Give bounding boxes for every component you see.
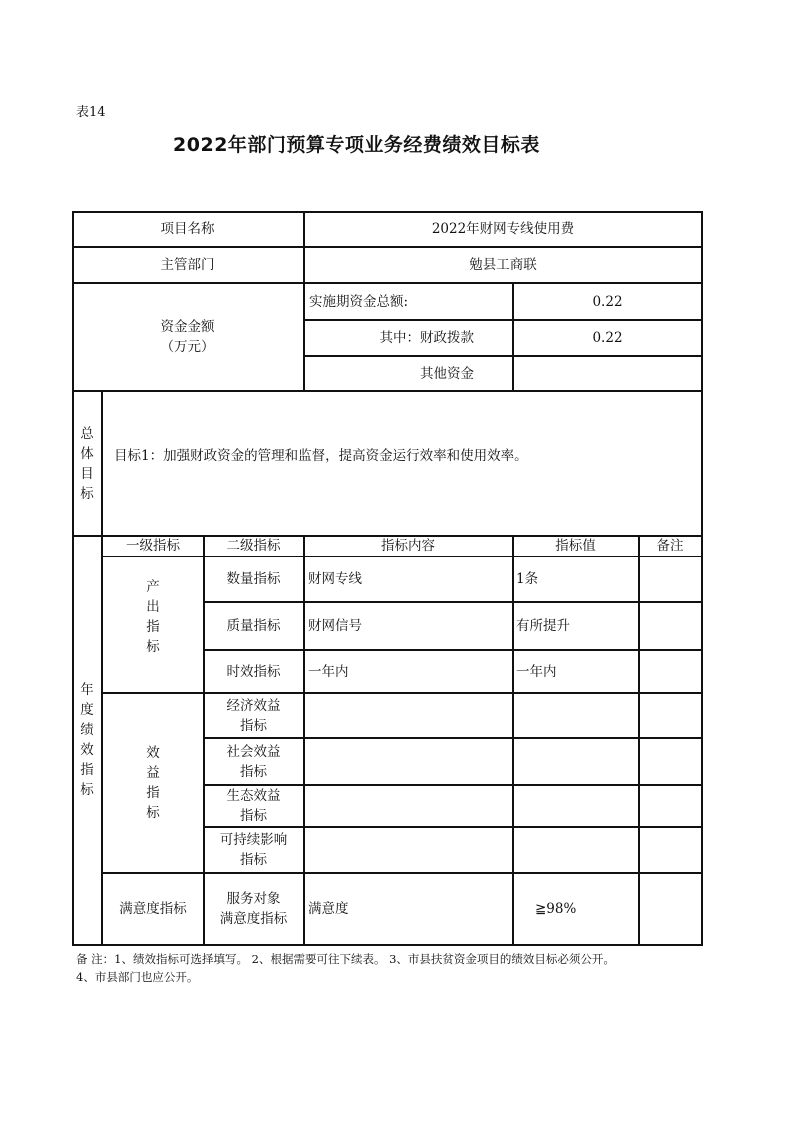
level2-social: 社会效益 指标 bbox=[204, 739, 303, 784]
overall-goal-label: 总 体 目 标 bbox=[72, 391, 102, 536]
value-satisfaction: ≧98% bbox=[513, 874, 638, 944]
level2-quality: 质量指标 bbox=[204, 603, 303, 649]
department-value: 勉县工商联 bbox=[303, 247, 703, 283]
level2-sustainable: 可持续影响 指标 bbox=[204, 828, 303, 872]
level2-ecological: 生态效益 指标 bbox=[204, 786, 303, 826]
value-timeliness: 一年内 bbox=[513, 651, 638, 692]
header-level2: 二级指标 bbox=[204, 536, 303, 556]
divider bbox=[638, 536, 640, 946]
footnotes: 备 注：1、绩效指标可选择填写。 2、根据需要可往下续表。 3、市县扶贫资金项目… bbox=[76, 950, 716, 986]
level2-quantity: 数量指标 bbox=[204, 557, 303, 601]
funds-label-line2: （万元） bbox=[161, 337, 215, 357]
header-content: 指标内容 bbox=[304, 536, 512, 556]
fiscal-funds-value: 0.22 bbox=[512, 320, 703, 356]
content-quality: 财网信号 bbox=[304, 603, 512, 649]
page-title-text: 2022年部门预算专项业务经费绩效目标表 bbox=[173, 134, 540, 156]
total-funds-value: 0.22 bbox=[512, 283, 703, 320]
header-level1: 一级指标 bbox=[103, 536, 203, 556]
level2-service-satisfaction: 服务对象 满意度指标 bbox=[204, 874, 303, 944]
content-quantity: 财网专线 bbox=[304, 557, 512, 601]
total-funds-label: 实施期资金总额: bbox=[303, 283, 512, 320]
level2-economic: 经济效益 指标 bbox=[204, 694, 303, 737]
content-satisfaction: 满意度 bbox=[304, 874, 512, 944]
performance-goal-table: 项目名称 2022年财网专线使用费 主管部门 勉县工商联 资金金额 （万元） 实… bbox=[72, 211, 703, 946]
satisfaction-indicators-label: 满意度指标 bbox=[103, 874, 203, 944]
footnote-line2: 4、市县部门也应公开。 bbox=[76, 968, 716, 986]
table-number-label: 表14 bbox=[76, 101, 106, 120]
project-name-value: 2022年财网专线使用费 bbox=[303, 211, 703, 247]
benefit-indicators-label: 效 益 指 标 bbox=[103, 694, 203, 872]
funds-label-line1: 资金金额 bbox=[161, 317, 215, 337]
annual-indicators-label: 年 度 绩 效 指 标 bbox=[72, 536, 102, 944]
header-value: 指标值 bbox=[513, 536, 638, 556]
other-funds-label: 其他资金 bbox=[303, 356, 512, 391]
header-note: 备注 bbox=[639, 536, 701, 556]
footnote-line1: 备 注：1、绩效指标可选择填写。 2、根据需要可往下续表。 3、市县扶贫资金项目… bbox=[76, 950, 716, 968]
content-timeliness: 一年内 bbox=[304, 651, 512, 692]
border-bottom bbox=[72, 944, 703, 946]
funds-label: 资金金额 （万元） bbox=[72, 283, 303, 391]
page-title: 2022年部门预算专项业务经费绩效目标表 bbox=[0, 130, 793, 157]
level2-timeliness: 时效指标 bbox=[204, 651, 303, 692]
project-name-label: 项目名称 bbox=[72, 211, 303, 247]
value-quality: 有所提升 bbox=[513, 603, 638, 649]
output-indicators-label: 产 出 指 标 bbox=[103, 557, 203, 677]
fiscal-funds-label: 其中：财政拨款 bbox=[303, 320, 512, 356]
department-label: 主管部门 bbox=[72, 247, 303, 283]
other-funds-value bbox=[512, 356, 703, 391]
overall-goal-text: 目标1：加强财政资金的管理和监督，提高资金运行效率和使用效率。 bbox=[103, 391, 701, 521]
value-quantity: 1条 bbox=[513, 557, 638, 601]
